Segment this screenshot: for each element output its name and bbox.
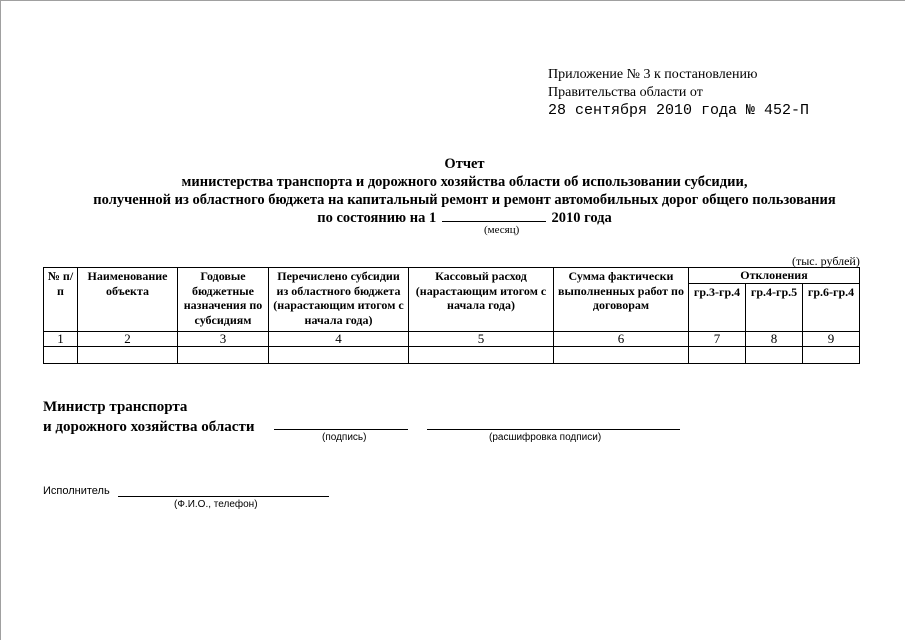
- header-number: № п/п: [44, 268, 78, 332]
- column-number: 9: [803, 332, 860, 347]
- position-line-2: и дорожного хозяйства области: [43, 417, 254, 437]
- month-blank-field[interactable]: [442, 209, 546, 222]
- column-number: 5: [409, 332, 554, 347]
- header-cash-expense: Кассовый расход (нарастающим итогом с на…: [409, 268, 554, 332]
- header-annual-budget: Годовые бюджетные назначения по субсидия…: [178, 268, 269, 332]
- report-table: № п/п Наименование объекта Годовые бюдже…: [43, 267, 860, 364]
- table-cell[interactable]: [409, 347, 554, 364]
- annex-line-3: 28 сентября 2010 года № 452-П: [548, 102, 809, 120]
- column-number: 6: [554, 332, 689, 347]
- position-line-1: Министр транспорта: [43, 397, 254, 417]
- executor-label: Исполнитель: [43, 485, 110, 497]
- header-transferred-subsidy: Перечислено субсидии из областного бюдже…: [269, 268, 409, 332]
- table-cell[interactable]: [689, 347, 746, 364]
- report-title: Отчет министерства транспорта и дорожног…: [12, 155, 905, 227]
- column-number: 3: [178, 332, 269, 347]
- decoding-caption: (расшифровка подписи): [489, 432, 601, 443]
- header-deviations: Отклонения: [689, 268, 860, 284]
- column-number: 8: [746, 332, 803, 347]
- header-deviation-4-5: гр.4-гр.5: [746, 283, 803, 332]
- table-row: [44, 347, 860, 364]
- table-cell[interactable]: [78, 347, 178, 364]
- annex-reference: Приложение № 3 к постановлению Правитель…: [548, 66, 809, 120]
- column-numbers-row: 1 2 3 4 5 6 7 8 9: [44, 332, 860, 347]
- annex-line-1: Приложение № 3 к постановлению: [548, 66, 809, 84]
- signature-decoding-field[interactable]: [427, 429, 680, 430]
- executor-caption: (Ф.И.О., телефон): [174, 499, 258, 510]
- header-actual-works: Сумма фактически выполненных работ по до…: [554, 268, 689, 332]
- column-number: 7: [689, 332, 746, 347]
- table-cell[interactable]: [803, 347, 860, 364]
- table-cell[interactable]: [269, 347, 409, 364]
- column-number: 1: [44, 332, 78, 347]
- executor-field[interactable]: [118, 496, 329, 497]
- annex-line-2: Правительства области от: [548, 84, 809, 102]
- signature-caption: (подпись): [322, 432, 366, 443]
- title-date-suffix: 2010 года: [551, 210, 611, 226]
- title-heading: Отчет: [12, 155, 905, 173]
- signature-field[interactable]: [274, 429, 408, 430]
- header-row: № п/п Наименование объекта Годовые бюдже…: [44, 268, 860, 284]
- header-object-name: Наименование объекта: [78, 268, 178, 332]
- signature-position: Министр транспорта и дорожного хозяйства…: [43, 397, 254, 437]
- title-line-3: по состоянию на 1 2010 года: [12, 209, 905, 227]
- title-line-2: полученной из областного бюджета на капи…: [12, 191, 905, 209]
- title-date-prefix: по состоянию на 1: [317, 210, 436, 226]
- table-cell[interactable]: [554, 347, 689, 364]
- column-number: 2: [78, 332, 178, 347]
- header-deviation-3-4: гр.3-гр.4: [689, 283, 746, 332]
- header-deviation-6-4: гр.6-гр.4: [803, 283, 860, 332]
- month-caption: (месяц): [484, 224, 519, 236]
- title-line-1: министерства транспорта и дорожного хозя…: [12, 173, 905, 191]
- table-cell[interactable]: [178, 347, 269, 364]
- table-cell[interactable]: [746, 347, 803, 364]
- table-cell[interactable]: [44, 347, 78, 364]
- column-number: 4: [269, 332, 409, 347]
